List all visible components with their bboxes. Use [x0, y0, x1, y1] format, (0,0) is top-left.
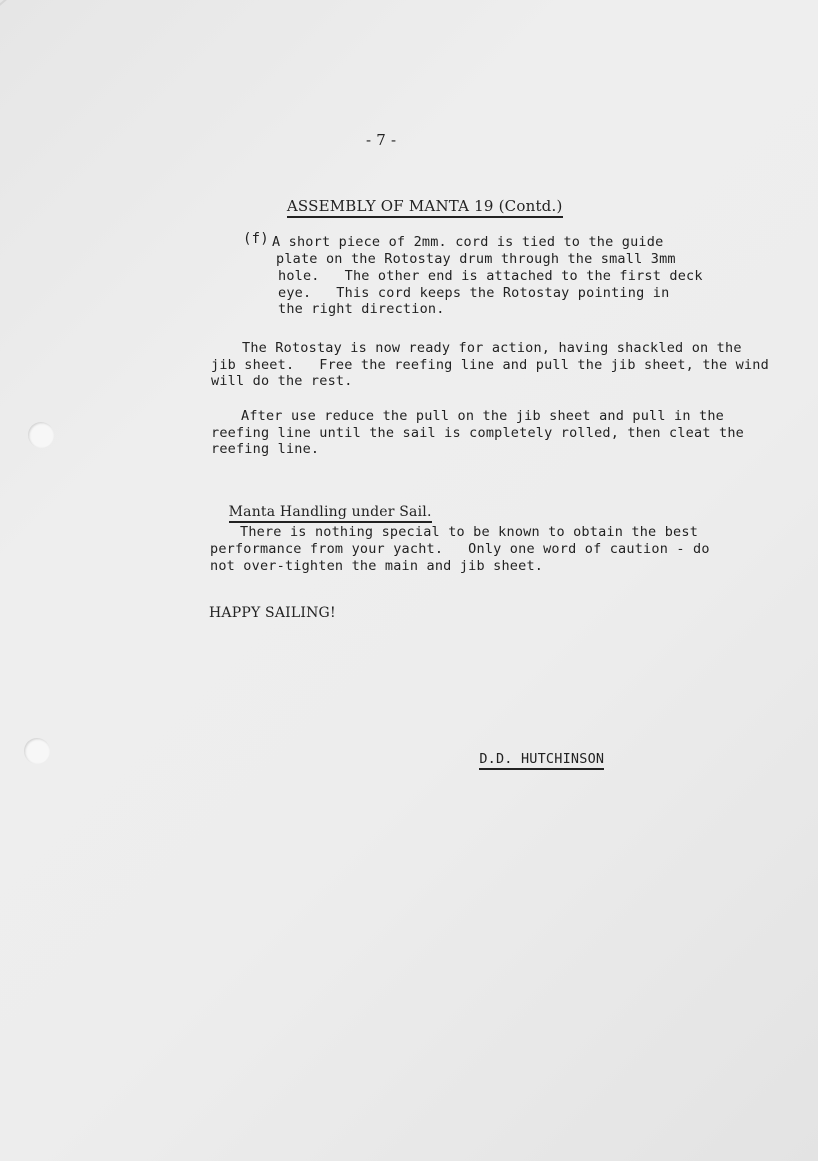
- para1-line-1: The Rotostay is now ready for action, ha…: [242, 340, 742, 357]
- item-f-line-5: the right direction.: [278, 301, 445, 318]
- item-f-line-3: hole. The other end is attached to the f…: [278, 268, 703, 285]
- para1-line-2: jib sheet. Free the reefing line and pul…: [211, 357, 769, 374]
- signature: D.D. HUTCHINSON: [446, 734, 604, 785]
- para3-line-2: performance from your yacht. Only one wo…: [210, 541, 710, 558]
- page-heading: ASSEMBLY OF MANTA 19 (Contd.): [267, 181, 563, 232]
- item-f-line-1: A short piece of 2mm. cord is tied to th…: [272, 234, 663, 251]
- para1-line-3: will do the rest.: [211, 373, 353, 390]
- para3-line-3: not over-tighten the main and jib sheet.: [210, 558, 543, 575]
- item-f-label: (f): [243, 231, 269, 248]
- section2-heading-text: Manta Handling under Sail.: [229, 504, 432, 523]
- document-page: - 7 - ASSEMBLY OF MANTA 19 (Contd.) (f) …: [0, 0, 818, 1161]
- item-f-line-4: eye. This cord keeps the Rotostay pointi…: [278, 285, 669, 302]
- signature-text: D.D. HUTCHINSON: [479, 751, 604, 770]
- para2-line-1: After use reduce the pull on the jib she…: [241, 408, 724, 425]
- para3-line-1: There is nothing special to be known to …: [240, 524, 698, 541]
- page-number: - 7 -: [366, 132, 396, 149]
- page-fold-mark: [0, 0, 50, 22]
- item-f-line-2: plate on the Rotostay drum through the s…: [276, 251, 676, 268]
- page-heading-text: ASSEMBLY OF MANTA 19 (Contd.): [287, 197, 563, 218]
- punch-hole-bottom: [24, 738, 50, 764]
- closing-text: HAPPY SAILING!: [209, 605, 336, 622]
- punch-hole-top: [28, 422, 54, 448]
- para2-line-2: reefing line until the sail is completel…: [211, 425, 744, 442]
- para2-line-3: reefing line.: [211, 441, 319, 458]
